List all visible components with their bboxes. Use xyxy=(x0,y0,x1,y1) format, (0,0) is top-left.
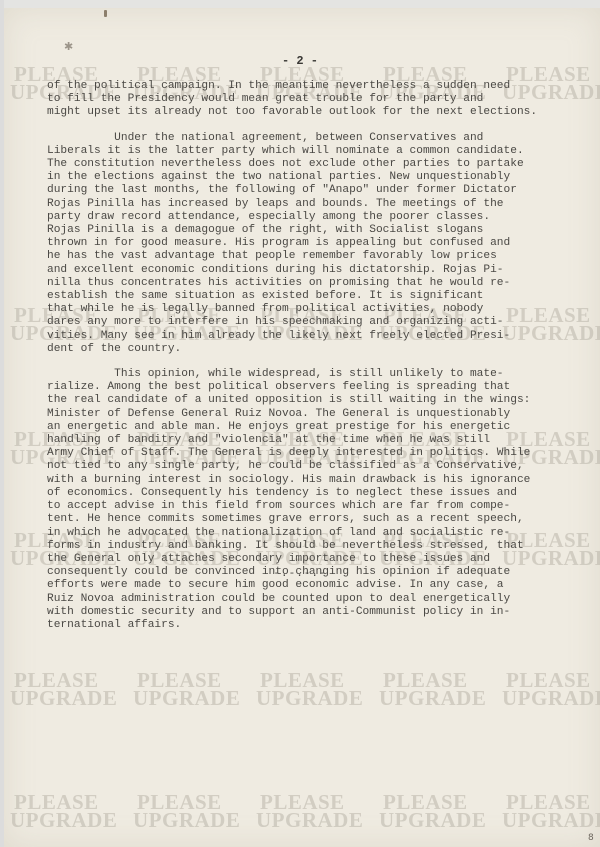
text-line: Liberals it is the latter party which wi… xyxy=(47,145,582,158)
text-line: with a burning interest in sociology. Hi… xyxy=(47,474,582,487)
text-line: dent of the country. xyxy=(47,343,582,356)
asterisk-mark-icon: ✱ xyxy=(64,40,73,53)
text-line: efforts were made to secure him good eco… xyxy=(47,579,582,592)
text-line: thrown in for good measure. His program … xyxy=(47,237,582,250)
text-line: rialize. Among the best political observ… xyxy=(47,381,582,394)
end-separator: -.-.-.- xyxy=(0,568,600,580)
text-line: in which he advocated the nationalizatio… xyxy=(47,527,582,540)
text-line: the real candidate of a united oppositio… xyxy=(47,394,582,407)
text-line: he has the vast advantage that people re… xyxy=(47,250,582,263)
paragraph: of the political campaign. In the meanti… xyxy=(47,80,582,120)
text-line: Rojas Pinilla has increased by leaps and… xyxy=(47,198,582,211)
text-line: to accept advise in this field from sour… xyxy=(47,500,582,513)
text-line: Ruiz Novoa administration could be count… xyxy=(47,593,582,606)
text-line: in the elections against the two nationa… xyxy=(47,171,582,184)
text-line: This opinion, while widespread, is still… xyxy=(47,368,582,381)
text-line: Under the national agreement, between Co… xyxy=(47,132,582,145)
text-line: The constitution nevertheless does not e… xyxy=(47,158,582,171)
paragraph: Under the national agreement, between Co… xyxy=(47,132,582,356)
text-line: Rojas Pinilla is a demagogue of the righ… xyxy=(47,224,582,237)
scan-top-border xyxy=(0,0,600,8)
page-number: - 2 - xyxy=(0,54,600,68)
text-line: might upset its already not too favorabl… xyxy=(47,106,582,119)
text-line: not tied to any single party, he could b… xyxy=(47,460,582,473)
text-line: forms in industry and banking. It should… xyxy=(47,540,582,553)
text-line: during the last months, the following of… xyxy=(47,184,582,197)
text-line: with domestic security and to support an… xyxy=(47,606,582,619)
text-line: an energetic and able man. He enjoys gre… xyxy=(47,421,582,434)
text-line: the General only attaches secondary impo… xyxy=(47,553,582,566)
text-line: establish the same situation as existed … xyxy=(47,290,582,303)
text-line: nilla thus concentrates his activities o… xyxy=(47,277,582,290)
staple-mark xyxy=(104,10,107,17)
text-line: vities. Many see in him already the like… xyxy=(47,330,582,343)
paragraph: This opinion, while widespread, is still… xyxy=(47,368,582,632)
text-line: handling of banditry and "violencia" at … xyxy=(47,434,582,447)
text-line: dares any more to interfere in his speec… xyxy=(47,316,582,329)
text-line: that while he is legally banned from pol… xyxy=(47,303,582,316)
corner-page-mark: 8 xyxy=(588,833,594,843)
text-line: and excellent economic conditions during… xyxy=(47,264,582,277)
text-line: Army Chief of Staff. The General is deep… xyxy=(47,447,582,460)
text-line: of economics. Consequently his tendency … xyxy=(47,487,582,500)
text-line: Minister of Defense General Ruiz Novoa. … xyxy=(47,408,582,421)
document-body: of the political campaign. In the meanti… xyxy=(47,80,582,644)
text-line: to fill the Presidency would mean great … xyxy=(47,93,582,106)
text-line: ternational affairs. xyxy=(47,619,582,632)
text-line: tent. He hence commits sometimes grave e… xyxy=(47,513,582,526)
text-line: party draw record attendance, especially… xyxy=(47,211,582,224)
text-line: of the political campaign. In the meanti… xyxy=(47,80,582,93)
